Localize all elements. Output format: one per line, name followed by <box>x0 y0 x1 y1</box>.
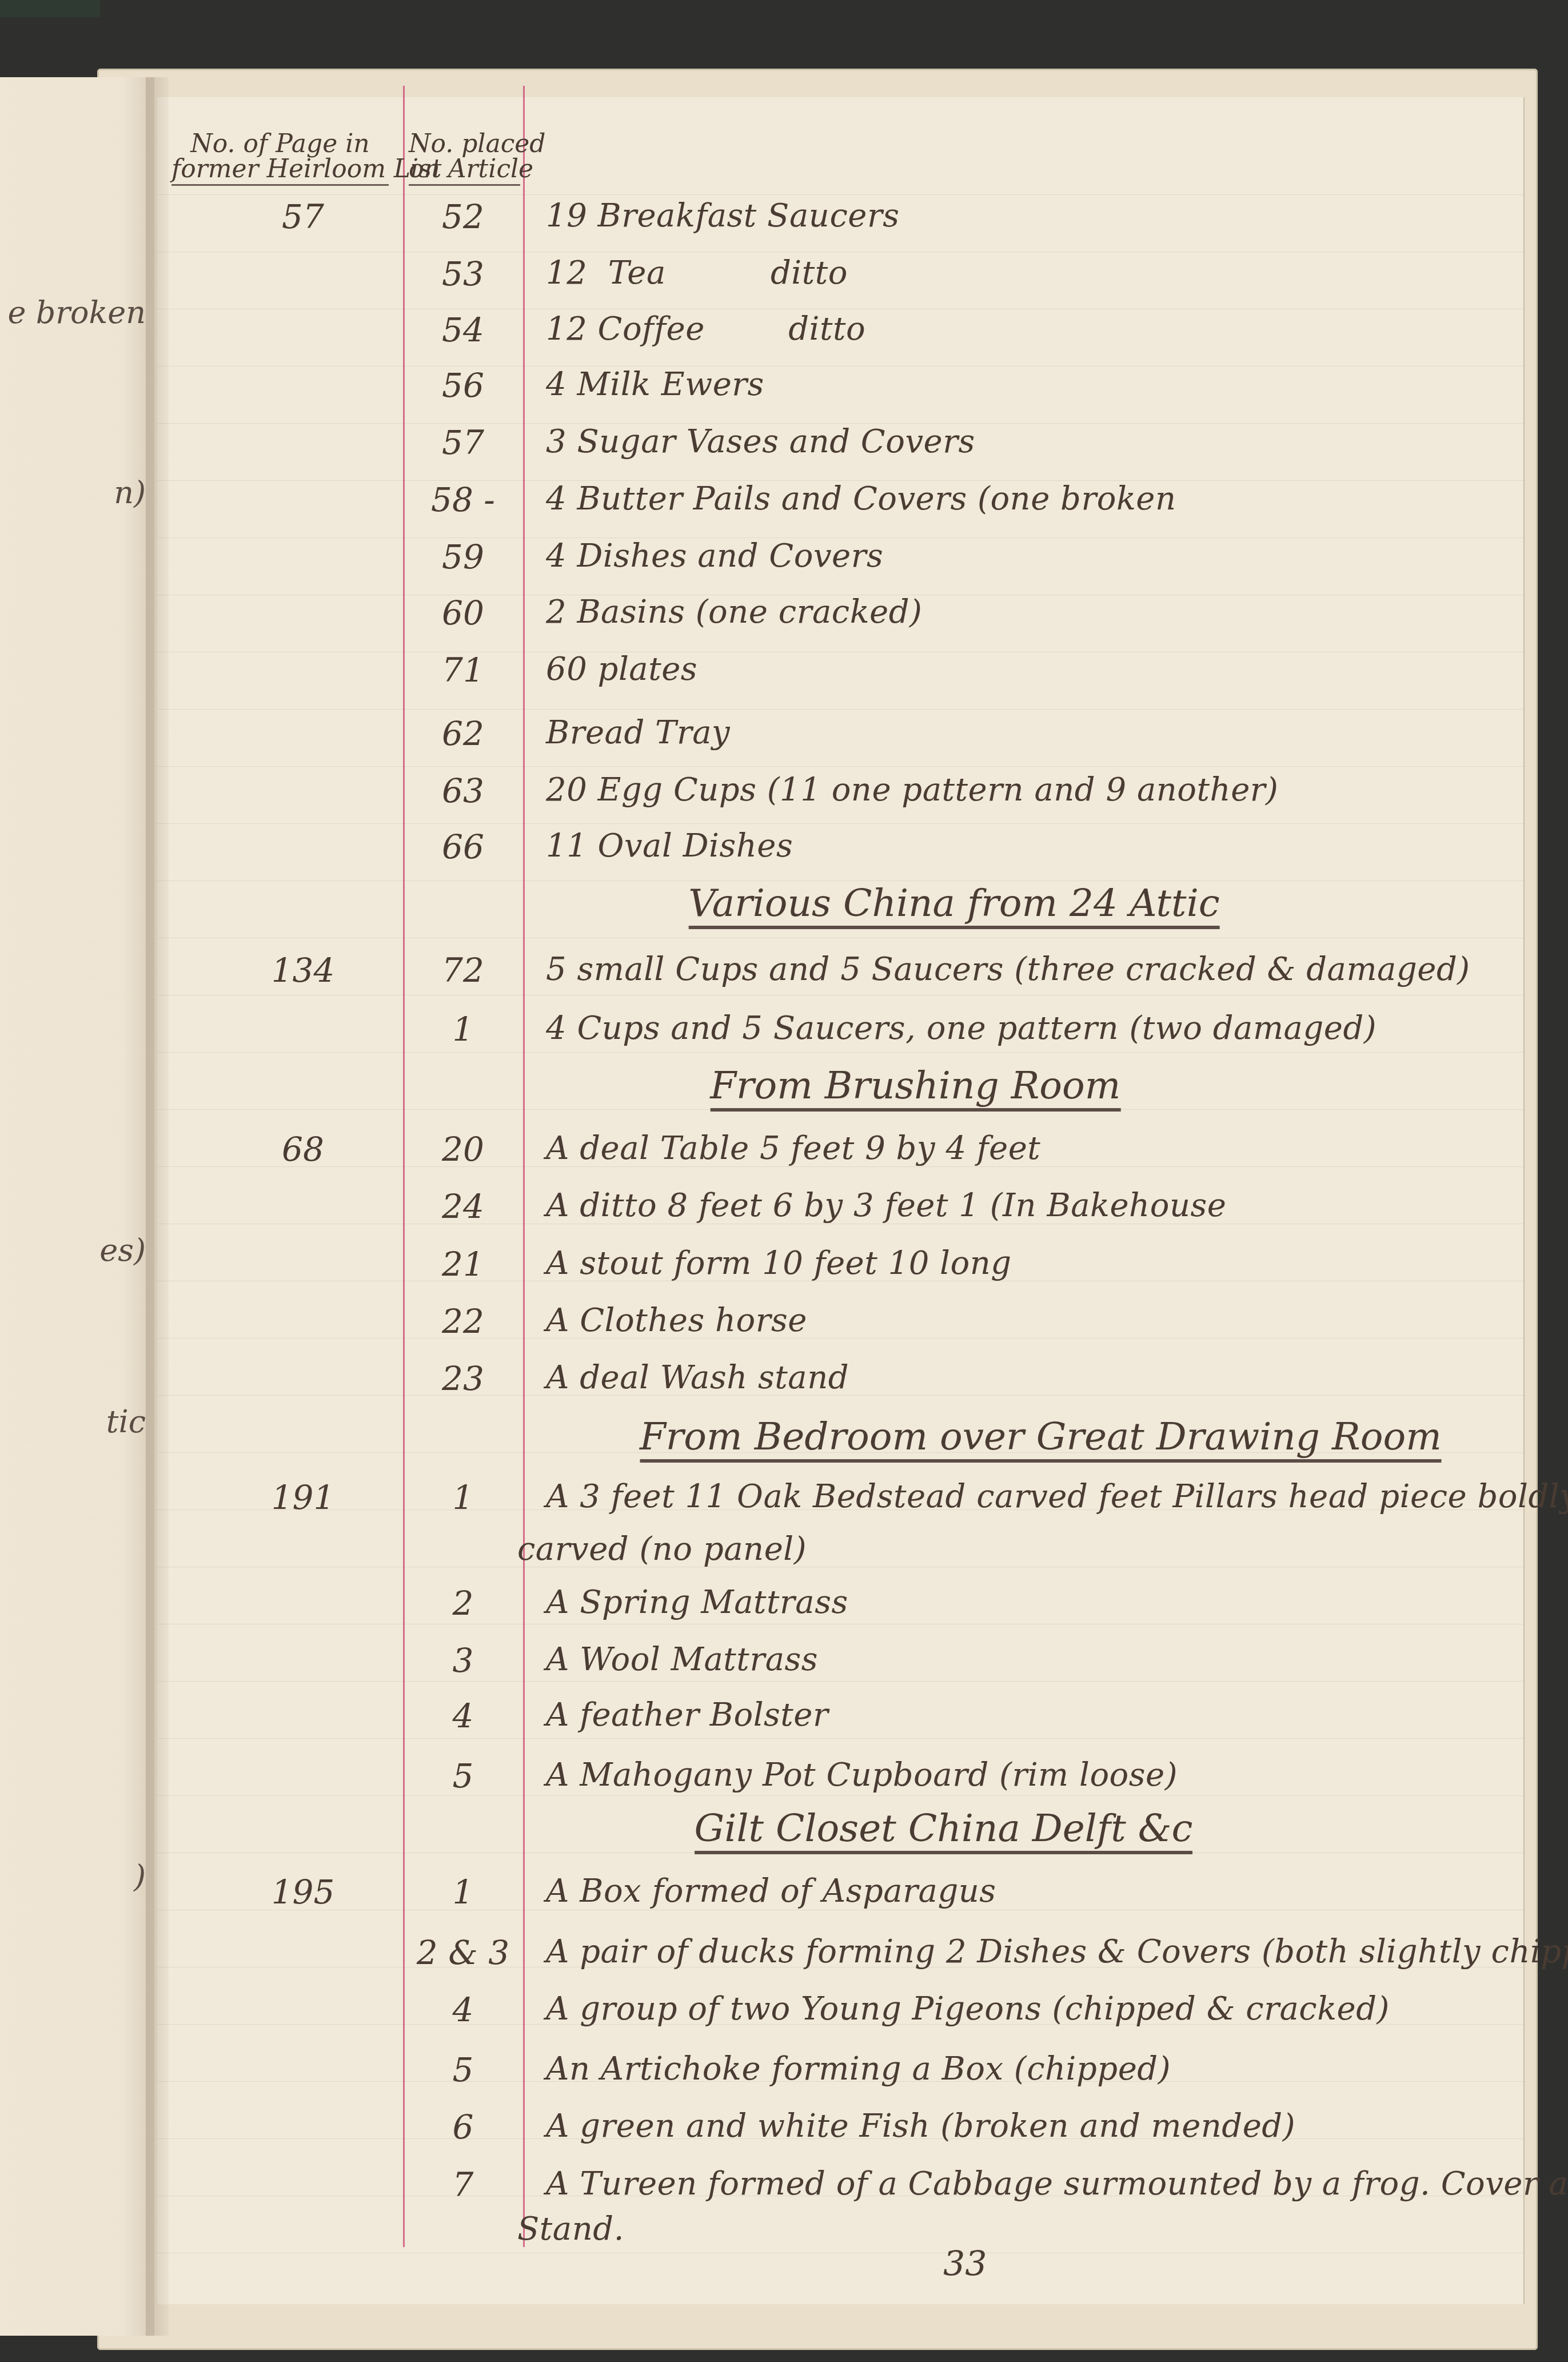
header-line: former Heirloom List <box>171 157 389 186</box>
ruled-line <box>157 652 1523 652</box>
former-page-number: 191 <box>240 1481 366 1514</box>
ruled-line <box>157 1624 1523 1624</box>
article-number: 20 <box>409 1133 517 1166</box>
ruled-line <box>157 309 1523 309</box>
ruled-line <box>157 823 1523 824</box>
spine-shadow <box>146 77 169 2336</box>
section-heading: Various China from 24 Attic <box>688 885 1220 929</box>
article-description: 12 Tea ditto <box>546 257 848 289</box>
ruled-line <box>157 1681 1523 1682</box>
article-number: 24 <box>409 1190 517 1223</box>
column-header-article-no: No. placed on Article <box>409 132 520 186</box>
article-number: 4 <box>409 1699 517 1732</box>
left-page-text-fragment: e broken <box>8 294 146 330</box>
article-number: 58 - <box>409 483 517 516</box>
article-description: An Artichoke forming a Box (chipped) <box>546 2053 1171 2085</box>
former-page-number: 134 <box>240 954 366 987</box>
ruled-line <box>157 938 1523 938</box>
left-page-text-fragment: n) <box>114 475 146 511</box>
article-description: Bread Tray <box>546 717 730 749</box>
article-number: 21 <box>409 1248 517 1281</box>
column-rule-2 <box>523 86 525 2247</box>
article-description: 4 Milk Ewers <box>546 369 764 401</box>
article-description: 20 Egg Cups (11 one pattern and 9 anothe… <box>546 774 1278 806</box>
article-description: 4 Dishes and Covers <box>546 540 883 572</box>
header-line: No. of Page in <box>171 132 389 157</box>
ruled-line <box>157 995 1523 995</box>
book-cover-edge <box>0 0 100 17</box>
former-page-number: 195 <box>240 1875 366 1909</box>
article-number: 53 <box>409 257 517 290</box>
article-description: 5 small Cups and 5 Saucers (three cracke… <box>546 954 1470 986</box>
ruled-line <box>157 1795 1523 1796</box>
article-description: 12 Coffee ditto <box>546 313 865 345</box>
article-number: 5 <box>409 2053 517 2086</box>
article-number: 1 <box>409 1481 517 1514</box>
article-number: 5 <box>409 1759 517 1793</box>
article-description: 3 Sugar Vases and Covers <box>546 426 975 458</box>
header-line: No. placed <box>409 132 520 157</box>
column-rule-1 <box>403 86 405 2247</box>
article-description: A Spring Mattrass <box>546 1587 848 1619</box>
article-description: 19 Breakfast Saucers <box>546 200 899 232</box>
article-number: 52 <box>409 200 517 233</box>
column-header-former-page: No. of Page in former Heirloom List <box>171 132 389 186</box>
article-number: 4 <box>409 1993 517 2026</box>
ruled-line <box>157 2253 1523 2253</box>
article-description: 4 Butter Pails and Covers (one broken <box>546 483 1176 515</box>
left-page-text-fragment: ) <box>134 1858 146 1894</box>
article-description: A Box formed of Asparagus <box>546 1875 996 1907</box>
article-number: 22 <box>409 1305 517 1338</box>
ruled-line <box>157 1738 1523 1739</box>
article-description: A Clothes horse <box>546 1305 807 1337</box>
article-number: 2 <box>409 1587 517 1620</box>
left-page: e brokenn)es)tic) <box>0 77 154 2336</box>
article-number: 54 <box>409 313 517 346</box>
article-description: A deal Wash stand <box>546 1362 849 1394</box>
ruled-line <box>157 766 1523 767</box>
article-description: A ditto 8 feet 6 by 3 feet 1 (In Bakehou… <box>546 1190 1226 1222</box>
article-description: A green and white Fish (broken and mende… <box>546 2110 1295 2142</box>
article-number: 2 & 3 <box>409 1936 517 1969</box>
ruled-line <box>157 194 1523 195</box>
article-description: A group of two Young Pigeons (chipped & … <box>546 1993 1390 2025</box>
article-number: 66 <box>409 830 517 863</box>
article-number: 7 <box>409 2168 517 2201</box>
section-heading: Gilt Closet China Delft &c <box>695 1810 1193 1854</box>
article-number: 62 <box>409 717 517 750</box>
ruled-line <box>157 252 1523 252</box>
article-description: A Wool Mattrass <box>546 1644 818 1676</box>
former-page-number: 68 <box>240 1133 366 1166</box>
article-number: 3 <box>409 1644 517 1677</box>
article-number: 56 <box>409 369 517 402</box>
section-heading: From Bedroom over Great Drawing Room <box>640 1418 1442 1463</box>
ruled-line <box>157 1910 1523 1910</box>
ruled-line <box>157 1052 1523 1053</box>
article-number: 6 <box>409 2110 517 2144</box>
article-description: A Mahogany Pot Cupboard (rim loose) <box>546 1759 1178 1791</box>
header-line: on Article <box>409 157 520 186</box>
article-description: A feather Bolster <box>546 1699 828 1731</box>
article-description: 4 Cups and 5 Saucers, one pattern (two d… <box>546 1013 1377 1045</box>
article-number: 23 <box>409 1362 517 1395</box>
article-description: 2 Basins (one cracked) <box>546 596 922 628</box>
section-heading: From Brushing Room <box>710 1067 1120 1112</box>
article-description-continuation: carved (no panel) <box>517 1533 807 1566</box>
article-description: A stout form 10 feet 10 long <box>546 1248 1012 1280</box>
former-page-number: 57 <box>240 200 366 233</box>
article-description: A Tureen formed of a Cabbage surmounted … <box>546 2168 1568 2200</box>
article-number: 71 <box>409 654 517 687</box>
article-description: A pair of ducks forming 2 Dishes & Cover… <box>546 1936 1568 1968</box>
article-description: A deal Table 5 feet 9 by 4 feet <box>546 1133 1040 1165</box>
article-number: 60 <box>409 596 517 630</box>
article-number: 1 <box>409 1013 517 1046</box>
article-description-continuation: Stand. <box>517 2213 624 2245</box>
article-description: 60 plates <box>546 654 697 686</box>
article-description: A 3 feet 11 Oak Bedstead carved feet Pil… <box>546 1481 1568 1513</box>
ruled-line <box>157 1338 1523 1339</box>
ruled-line <box>157 366 1523 367</box>
page-number: 33 <box>943 2247 987 2281</box>
left-page-text-fragment: tic <box>106 1404 146 1440</box>
article-number: 57 <box>409 426 517 459</box>
ruled-line <box>157 1567 1523 1567</box>
article-number: 72 <box>409 954 517 987</box>
article-number: 63 <box>409 774 517 807</box>
article-number: 1 <box>409 1875 517 1909</box>
ruled-line <box>157 709 1523 710</box>
left-page-text-fragment: es) <box>99 1232 146 1268</box>
article-description: 11 Oval Dishes <box>546 830 793 862</box>
article-number: 59 <box>409 540 517 573</box>
